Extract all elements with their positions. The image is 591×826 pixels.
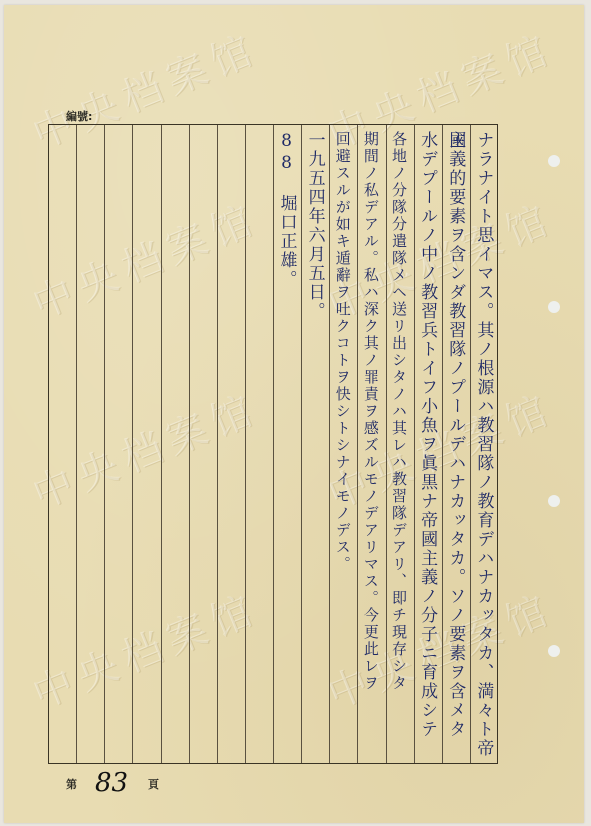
manuscript-column: 回避スルが如キ遁辭ヲ吐クコトヲ快シトシナイモノデス。: [329, 131, 357, 573]
grid-line: [189, 125, 190, 763]
binder-hole: [548, 301, 560, 313]
manuscript-column: 主義的要素ヲ含ンダ教習隊ノプールデハナカッタカ。ソノ要素ヲ含メタ: [441, 131, 469, 739]
grid-line: [76, 125, 77, 763]
binder-hole: [548, 645, 560, 657]
grid-line: [217, 125, 218, 763]
manuscript-column: 各地ノ分隊分遣隊メヘ送リ出シタノハ其レハ教習隊デアリ、即チ現存シタ: [385, 131, 413, 692]
grid-line: [245, 125, 246, 763]
grid-line: [132, 125, 133, 763]
manuscript-column: 期間ノ私デアル。私ハ深ク其ノ罪責ヲ感ズルモノデアリマス。今更此レヲ: [357, 131, 385, 692]
grid-line: [161, 125, 162, 763]
page-suffix: 頁: [148, 776, 159, 792]
page-prefix: 第: [66, 776, 77, 792]
grid-line: [104, 125, 105, 763]
manuscript-column: ナラナイト思イマス。其ノ根源ハ教習隊ノ教育デハナカッタカ、満々ト帝國: [469, 131, 497, 763]
serial-number-label: 編號:: [66, 108, 92, 124]
page-number: 83: [95, 768, 128, 798]
manuscript-grid: ナラナイト思イマス。其ノ根源ハ教習隊ノ教育デハナカッタカ、満々ト帝國主義的要素ヲ…: [48, 124, 498, 764]
binder-hole: [548, 155, 560, 167]
manuscript-column: 水デプールノ中ノ教習兵トイフ小魚ヲ眞黒ナ帝國主義ノ分子ニ育成シテ: [413, 131, 441, 739]
binder-hole: [548, 495, 560, 507]
manuscript-column: 一九五四年六月五日。: [301, 131, 329, 321]
manuscript-column: 88 堀口正雄。: [273, 131, 301, 289]
